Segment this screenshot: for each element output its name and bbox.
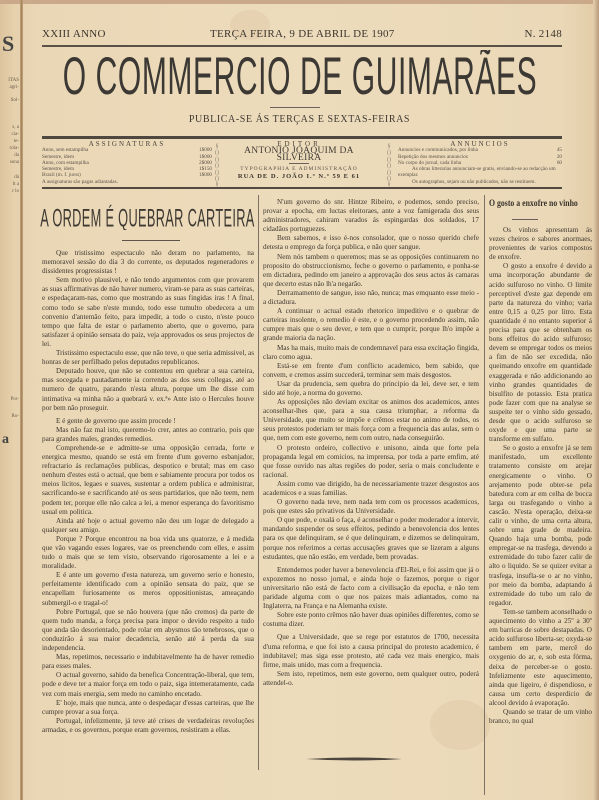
advertising-note: As obras litterarias annunciam-se gratis… [398,166,562,179]
page-top-edge [0,0,599,4]
paragraph: Ainda até hoje o actual governo não deu … [42,517,254,535]
prev-page-text: lt a [1,181,19,188]
paragraph: Derramamento de sangue, isso não, nunca;… [263,289,479,307]
headline-rule [122,240,180,241]
editor-box: EDITOR ANTONIO JOAQUIM DA SILVEIRA TYPOG… [224,141,374,180]
paragraph: Nem nós tambem o queremos; mas se as opp… [263,253,479,289]
prev-page-text: Por- [1,396,19,403]
end-ornament [306,757,402,761]
newspaper-page: S ITAS agri- Sol- s, a cia- te- rola- da… [0,0,599,800]
headline-box: A ORDEM É QUEBRAR CARTEIRAS [40,200,255,230]
column-rule [484,195,485,795]
subtitle-rule [270,107,320,108]
paragraph: Usar da prudencia, sem quebra do princip… [263,380,479,398]
prev-page-text: Ro- [1,413,19,420]
paragraph: O gosto a enxofre é devido a uma incorpo… [489,262,592,444]
publication-schedule: PUBLICA-SE ÁS TERÇAS E SEXTAS-FEIRAS [0,114,599,125]
prev-page-text: rola- [1,145,19,152]
prev-page-text: s, a [1,124,19,131]
paragraph: Pobre Portugal, que se não houvera (que … [42,608,254,653]
paragraph: Entendemos poder haver a benevolencia d'… [263,566,479,611]
info-strip: ASSIGNATURAS Anno, sem estampilha1$000 S… [42,141,562,185]
masthead: O COMMERCIO DE GUIMARÃES [0,50,599,105]
prev-page-text: cia- [1,131,19,138]
headline-rule [512,219,538,220]
paragraph: Tristissimo espectaculo esse, que não te… [42,349,254,367]
paragraph: O governo nada teve, nem nada tem com os… [263,498,479,516]
paragraph: Bem sabemos, e isso é-nos consolador, qu… [263,234,479,252]
paragraph: Porque ? Porque encontrou na boa vida un… [42,535,254,571]
paragraph: Que a Universidade, que se rege por esta… [263,633,479,669]
editor-name: ANTONIO JOAQUIM DA SILVEIRA [224,148,374,161]
ornament-divider: §()()()()()§ [214,144,220,189]
article-column-2: N'um governo do snr. Hintze Ribeiro, e p… [263,198,479,688]
paragraph: Mas ha mais, muito mais de condemnavel p… [263,344,479,362]
paragraph: O protesto ordeiro, collectivo e unisono… [263,444,479,480]
issue-date: TERÇA FEIRA, 9 DE ABRIL DE 1907 [210,28,395,40]
subscription-note: A assignaturas são pagas adiantadas. [42,179,212,185]
dateline: XXIII ANNO TERÇA FEIRA, 9 DE ABRIL DE 19… [42,28,562,42]
prev-page-text: da [1,152,19,159]
top-rule [42,45,562,47]
article-headline: O gosto a enxofre no vinho [489,199,576,209]
paragraph: Sem isto, repetimos, nem este governo, n… [263,670,479,688]
paragraph: As opposições não deviam excitar os anim… [263,398,479,443]
paragraph: Tem-se tambem aconselhado o aquecimento … [489,608,592,708]
previous-page-letter: S [2,40,14,47]
ornament-divider: §()()()()()§ [386,144,392,189]
issue-number: N. 2148 [524,28,562,40]
masthead-rule [42,136,562,139]
paragraph: Mas não faz mal isto, queremo-lo crer, a… [42,426,254,444]
prev-page-text: sona [1,159,19,166]
paragraph: Assim como vae dirigido, ha de necessari… [263,480,479,498]
column-rule [258,195,259,770]
volume-year: XXIII ANNO [42,28,106,40]
paragraph: Está-se em frente d'um conflicto academi… [263,362,479,380]
article-column-3: Os vinhos apresentam ás vezes cheiros e … [489,226,592,726]
paragraph: Portugal, infelizmente, já teve até cris… [42,717,254,735]
editor-address: RUA DE D. JOÃO I.º N.º 59 E 61 [224,174,374,180]
paragraph: Sem motivo plausivel, e não tendo argume… [42,276,254,349]
paragraph: Mas, repetimos, necessario e indubitavel… [42,653,254,671]
previous-page-letter: a [2,436,9,443]
paragraph: E' hoje, mais que nunca, ante o despedaç… [42,699,254,717]
paragraph: Que tristissimo espectaculo não deram no… [42,249,254,276]
paragraph: Se o gosto a enxofre já se tem manifesta… [489,444,592,608]
paragraph: A continuar o actual estado rhetorico im… [263,307,479,343]
paragraph: E é gente de governo que assim procede ! [42,417,254,426]
article-column-1: Que tristissimo espectaculo não deram no… [42,249,254,735]
prev-page-text: te- [1,138,19,145]
typography-label: TYPOGRAPHIA E ADMINISTRAÇÃO [224,166,374,172]
paragraph: Quando se tratar de um vinho branco, no … [489,708,592,726]
article-headline: A ORDEM É QUEBRAR CARTEIRAS [40,200,254,230]
paragraph: Os vinhos apresentam ás vezes cheiros e … [489,226,592,262]
paragraph: O actual governo, sahido da benefica Con… [42,671,254,698]
paragraph: Sobre este ponto crêmos não haver duas o… [263,611,479,629]
subscription-row: Brazil (m. f. juros)1$000 [42,172,212,178]
paragraph: N'um governo do snr. Hintze Ribeiro, e p… [263,198,479,234]
paragraph: Deputado houve, que não se contentou em … [42,367,254,412]
info-rule [42,187,562,189]
paragraph: O que pode, e oxalá o faça, é aconselhar… [263,516,479,561]
paragraph: Comprehende-se e admitte-se uma opposiçã… [42,444,254,517]
paragraph: E é ante um governo d'esta natureza, um … [42,571,254,607]
prev-page-text: r lo [1,188,19,195]
advertising-box: ANNUNCIOS Annuncios e communicados, por … [398,141,562,185]
advertising-note: Os autographos, sejam ou não publicados,… [398,179,562,185]
prev-page-text: dá [1,174,19,181]
subscriptions-box: ASSIGNATURAS Anno, sem estampilha1$000 S… [42,141,212,185]
newspaper-title: O COMMERCIO DE GUIMARÃES [0,50,599,103]
